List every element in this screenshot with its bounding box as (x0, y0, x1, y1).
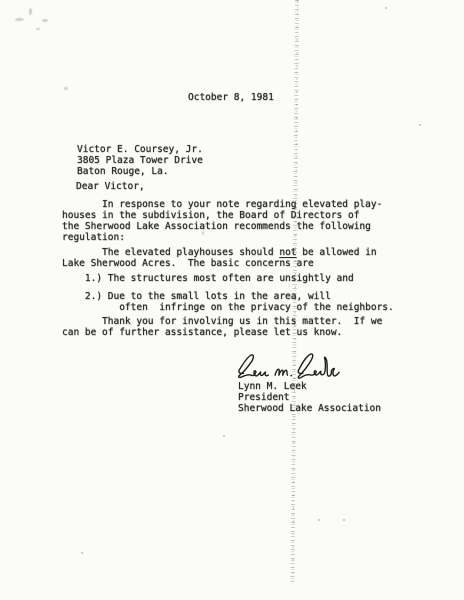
salutation: Dear Victor, (76, 181, 145, 192)
smudge-mark (29, 8, 32, 15)
scan-speck (318, 519, 320, 521)
scan-speck (223, 435, 225, 437)
smudge-mark (64, 87, 68, 90)
signer-organization: Sherwood Lake Association (238, 403, 381, 414)
list-item-2: 2.) Due to the small lots in the area, w… (62, 291, 394, 313)
scan-speck (343, 519, 345, 521)
scan-speck (385, 7, 387, 9)
paragraph-line: Lake Sherwood Acres. The basic concerns … (62, 258, 377, 269)
list-item-line: often infringe on the privacy of the nei… (62, 302, 394, 313)
paragraph-line: the Sherwood Lake Association recommends… (62, 221, 382, 232)
smudge-mark (42, 19, 48, 22)
recipient-city: Baton Rouge, La. (77, 166, 203, 177)
scanned-letter-page: October 8, 1981 Victor E. Coursey, Jr. 3… (0, 0, 464, 600)
signer-name: Lynn M. Leek (238, 381, 381, 392)
paragraph-line: In response to your note regarding eleva… (62, 199, 382, 210)
scan-speck (419, 124, 421, 126)
letter-date: October 8, 1981 (188, 92, 274, 103)
recipient-address: Victor E. Coursey, Jr. 3805 Plaza Tower … (77, 144, 203, 177)
paragraph-line: regulation: (62, 232, 382, 243)
paragraph-line: houses in the subdivision, the Board of … (62, 210, 382, 221)
paragraph-line: can be of further assistance, please let… (62, 327, 382, 338)
scan-speck (81, 552, 83, 554)
recipient-name: Victor E. Coursey, Jr. (77, 144, 203, 155)
underlined-word: not (279, 247, 296, 258)
paragraph-line: Thank you for involving us in this matte… (62, 316, 382, 327)
list-item-line: 2.) Due to the small lots in the area, w… (62, 291, 394, 302)
signer-title: President (238, 392, 381, 403)
signature-block: Lynn M. Leek President Sherwood Lake Ass… (238, 381, 381, 414)
closing-paragraph: Thank you for involving us in this matte… (62, 316, 382, 338)
smudge-mark (15, 18, 24, 21)
smudge-mark (36, 28, 40, 30)
handwritten-signature-icon (232, 352, 342, 383)
body-paragraph-1: In response to your note regarding eleva… (62, 199, 382, 243)
paragraph-text: be allowed in (297, 247, 377, 258)
paragraph-line: The elevated playhouses should not be al… (62, 247, 377, 258)
paragraph-text: The elevated playhouses should (62, 247, 279, 258)
list-item-1: 1.) The structures most often are unsigh… (62, 273, 354, 284)
body-paragraph-2: The elevated playhouses should not be al… (62, 247, 377, 269)
recipient-street: 3805 Plaza Tower Drive (77, 155, 203, 166)
